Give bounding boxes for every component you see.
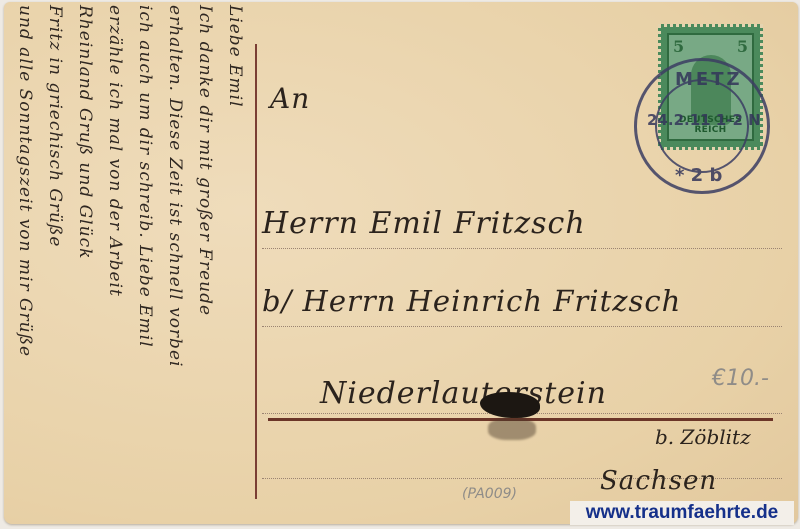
handwritten-message: Liebe Emil Ich danke dir mit großer Freu…: [0, 5, 250, 485]
message-line: Fritz in griechisch Grüße: [40, 5, 70, 485]
stamp-value: 5: [737, 37, 748, 56]
message-line: erhalten. Diese Zeit ist schnell vorbei: [160, 5, 190, 485]
address-line-town: Niederlauterstein: [320, 376, 607, 411]
message-line: und alle Sonntagszeit von mir Grüße: [10, 5, 40, 485]
ink-smudge: [488, 418, 536, 440]
message-line: ich auch um dir schreib. Liebe Emil: [130, 5, 160, 485]
stamp-value: 5: [673, 37, 684, 56]
watermark: www.traumfaehrte.de: [570, 501, 794, 525]
address-line-recipient: Herrn Emil Fritzsch: [262, 206, 586, 241]
address-line-district: b. Zöblitz: [655, 425, 751, 449]
postmark-date: 24.2.11 1-2 N: [647, 111, 761, 129]
postmark-code: * 2 b: [675, 165, 722, 186]
message-line: erzähle ich mal von der Arbeit: [100, 5, 130, 485]
address-rule: [262, 248, 782, 249]
pencil-price: €10.-: [712, 366, 769, 391]
message-line: Liebe Emil: [220, 5, 250, 485]
address-rule: [262, 326, 782, 327]
postmark-city: METZ: [675, 69, 743, 90]
address-line-region: Sachsen: [600, 466, 717, 496]
message-address-divider: [255, 44, 257, 499]
postmark: METZ 24.2.11 1-2 N * 2 b: [634, 58, 770, 194]
address-line-care-of: b/ Herrn Heinrich Fritzsch: [262, 284, 681, 318]
message-line: Ich danke dir mit großer Freude: [190, 5, 220, 485]
pencil-reference: (PA009): [462, 486, 517, 502]
message-line: Rheinland Gruß und Glück: [70, 5, 100, 485]
address-salutation: An: [270, 82, 310, 115]
